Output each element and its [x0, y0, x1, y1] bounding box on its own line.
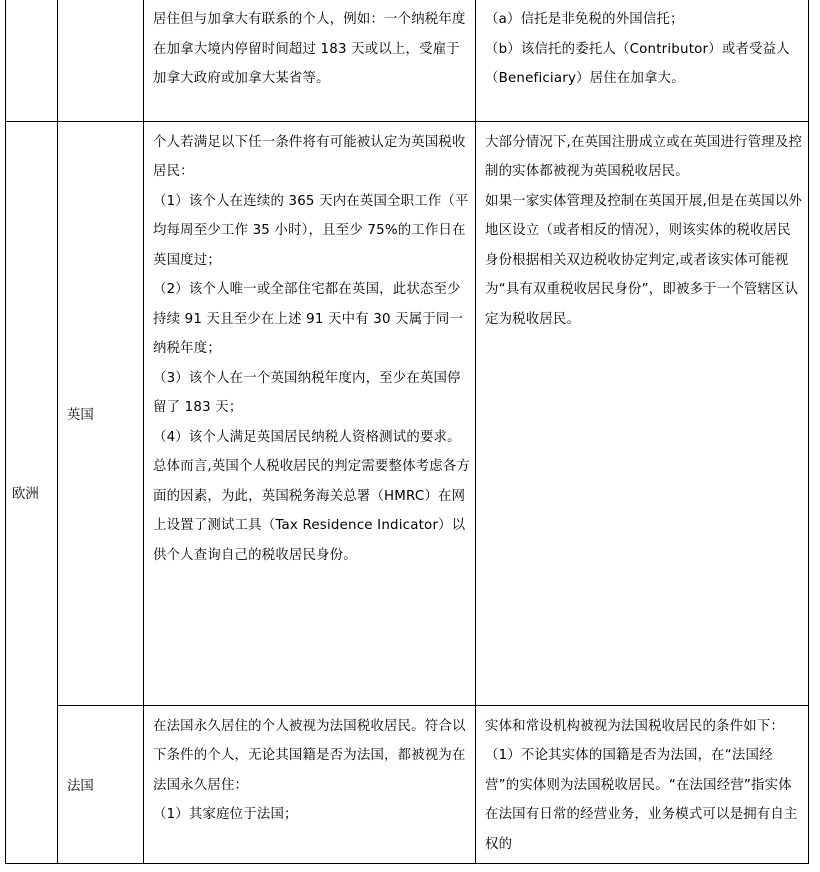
- country-cell: 法国: [58, 705, 144, 864]
- paragraph: 个人若满足以下任一条件将有可能被认定为英国税收居民：: [153, 128, 471, 187]
- country-cell: [58, 0, 144, 121]
- table-row-uk: 欧洲 英国 个人若满足以下任一条件将有可能被认定为英国税收居民： （1）该个人在…: [6, 121, 809, 705]
- entity-criteria-cell: （a）信托是非免税的外国信托； （b）该信托的委托人（Contributor）或…: [476, 0, 809, 121]
- paragraph: （b）该信托的委托人（Contributor）或者受益人（Beneficiary…: [485, 35, 804, 94]
- paragraph: 居住但与加拿大有联系的个人，例如：一个纳税年度在加拿大境内停留时间超过 183 …: [153, 5, 471, 94]
- paragraph: 实体和常设机构被视为法国税收居民的条件如下：: [485, 712, 804, 742]
- paragraph: 在法国永久居住的个人被视为法国税收居民。符合以下条件的个人，无论其国籍是否为法国…: [153, 712, 471, 801]
- table-row-canada-continued: 居住但与加拿大有联系的个人，例如：一个纳税年度在加拿大境内停留时间超过 183 …: [6, 0, 809, 121]
- country-cell: 英国: [58, 121, 144, 705]
- table-row-france: 法国 在法国永久居住的个人被视为法国税收居民。符合以下条件的个人，无论其国籍是否…: [6, 705, 809, 864]
- region-cell: 欧洲: [6, 121, 58, 864]
- paragraph: 总体而言,英国个人税收居民的判定需要整体考虑各方面的因素，为此，英国税务海关总署…: [153, 452, 471, 570]
- entity-criteria-cell: 实体和常设机构被视为法国税收居民的条件如下： （1）不论其实体的国籍是否为法国，…: [476, 705, 809, 864]
- paragraph: 如果一家实体管理及控制在英国开展,但是在英国以外地区设立（或者相反的情况），则该…: [485, 187, 804, 335]
- paragraph: （3）该个人在一个英国纳税年度内，至少在英国停留了 183 天；: [153, 364, 471, 423]
- entity-criteria-cell: 大部分情况下,在英国注册成立或在英国进行管理及控制的实体都被视为英国税收居民。 …: [476, 121, 809, 705]
- tax-residence-table: 居住但与加拿大有联系的个人，例如：一个纳税年度在加拿大境内停留时间超过 183 …: [5, 0, 809, 864]
- paragraph: （a）信托是非免税的外国信托；: [485, 5, 804, 35]
- paragraph: （1）该个人在连续的 365 天内在英国全职工作（平均每周至少工作 35 小时）…: [153, 187, 471, 276]
- paragraph: （1）不论其实体的国籍是否为法国，在“法国经营”的实体则为法国税收居民。“在法国…: [485, 741, 804, 859]
- individual-criteria-cell: 居住但与加拿大有联系的个人，例如：一个纳税年度在加拿大境内停留时间超过 183 …: [144, 0, 476, 121]
- individual-criteria-cell: 个人若满足以下任一条件将有可能被认定为英国税收居民： （1）该个人在连续的 36…: [144, 121, 476, 705]
- individual-criteria-cell: 在法国永久居住的个人被视为法国税收居民。符合以下条件的个人，无论其国籍是否为法国…: [144, 705, 476, 864]
- paragraph: （2）该个人唯一或全部住宅都在英国，此状态至少持续 91 天且至少在上述 91 …: [153, 275, 471, 364]
- paragraph: （1）其家庭位于法国；: [153, 800, 471, 830]
- paragraph: （4）该个人满足英国居民纳税人资格测试的要求。: [153, 423, 471, 453]
- region-cell: [6, 0, 58, 121]
- paragraph: 大部分情况下,在英国注册成立或在英国进行管理及控制的实体都被视为英国税收居民。: [485, 128, 804, 187]
